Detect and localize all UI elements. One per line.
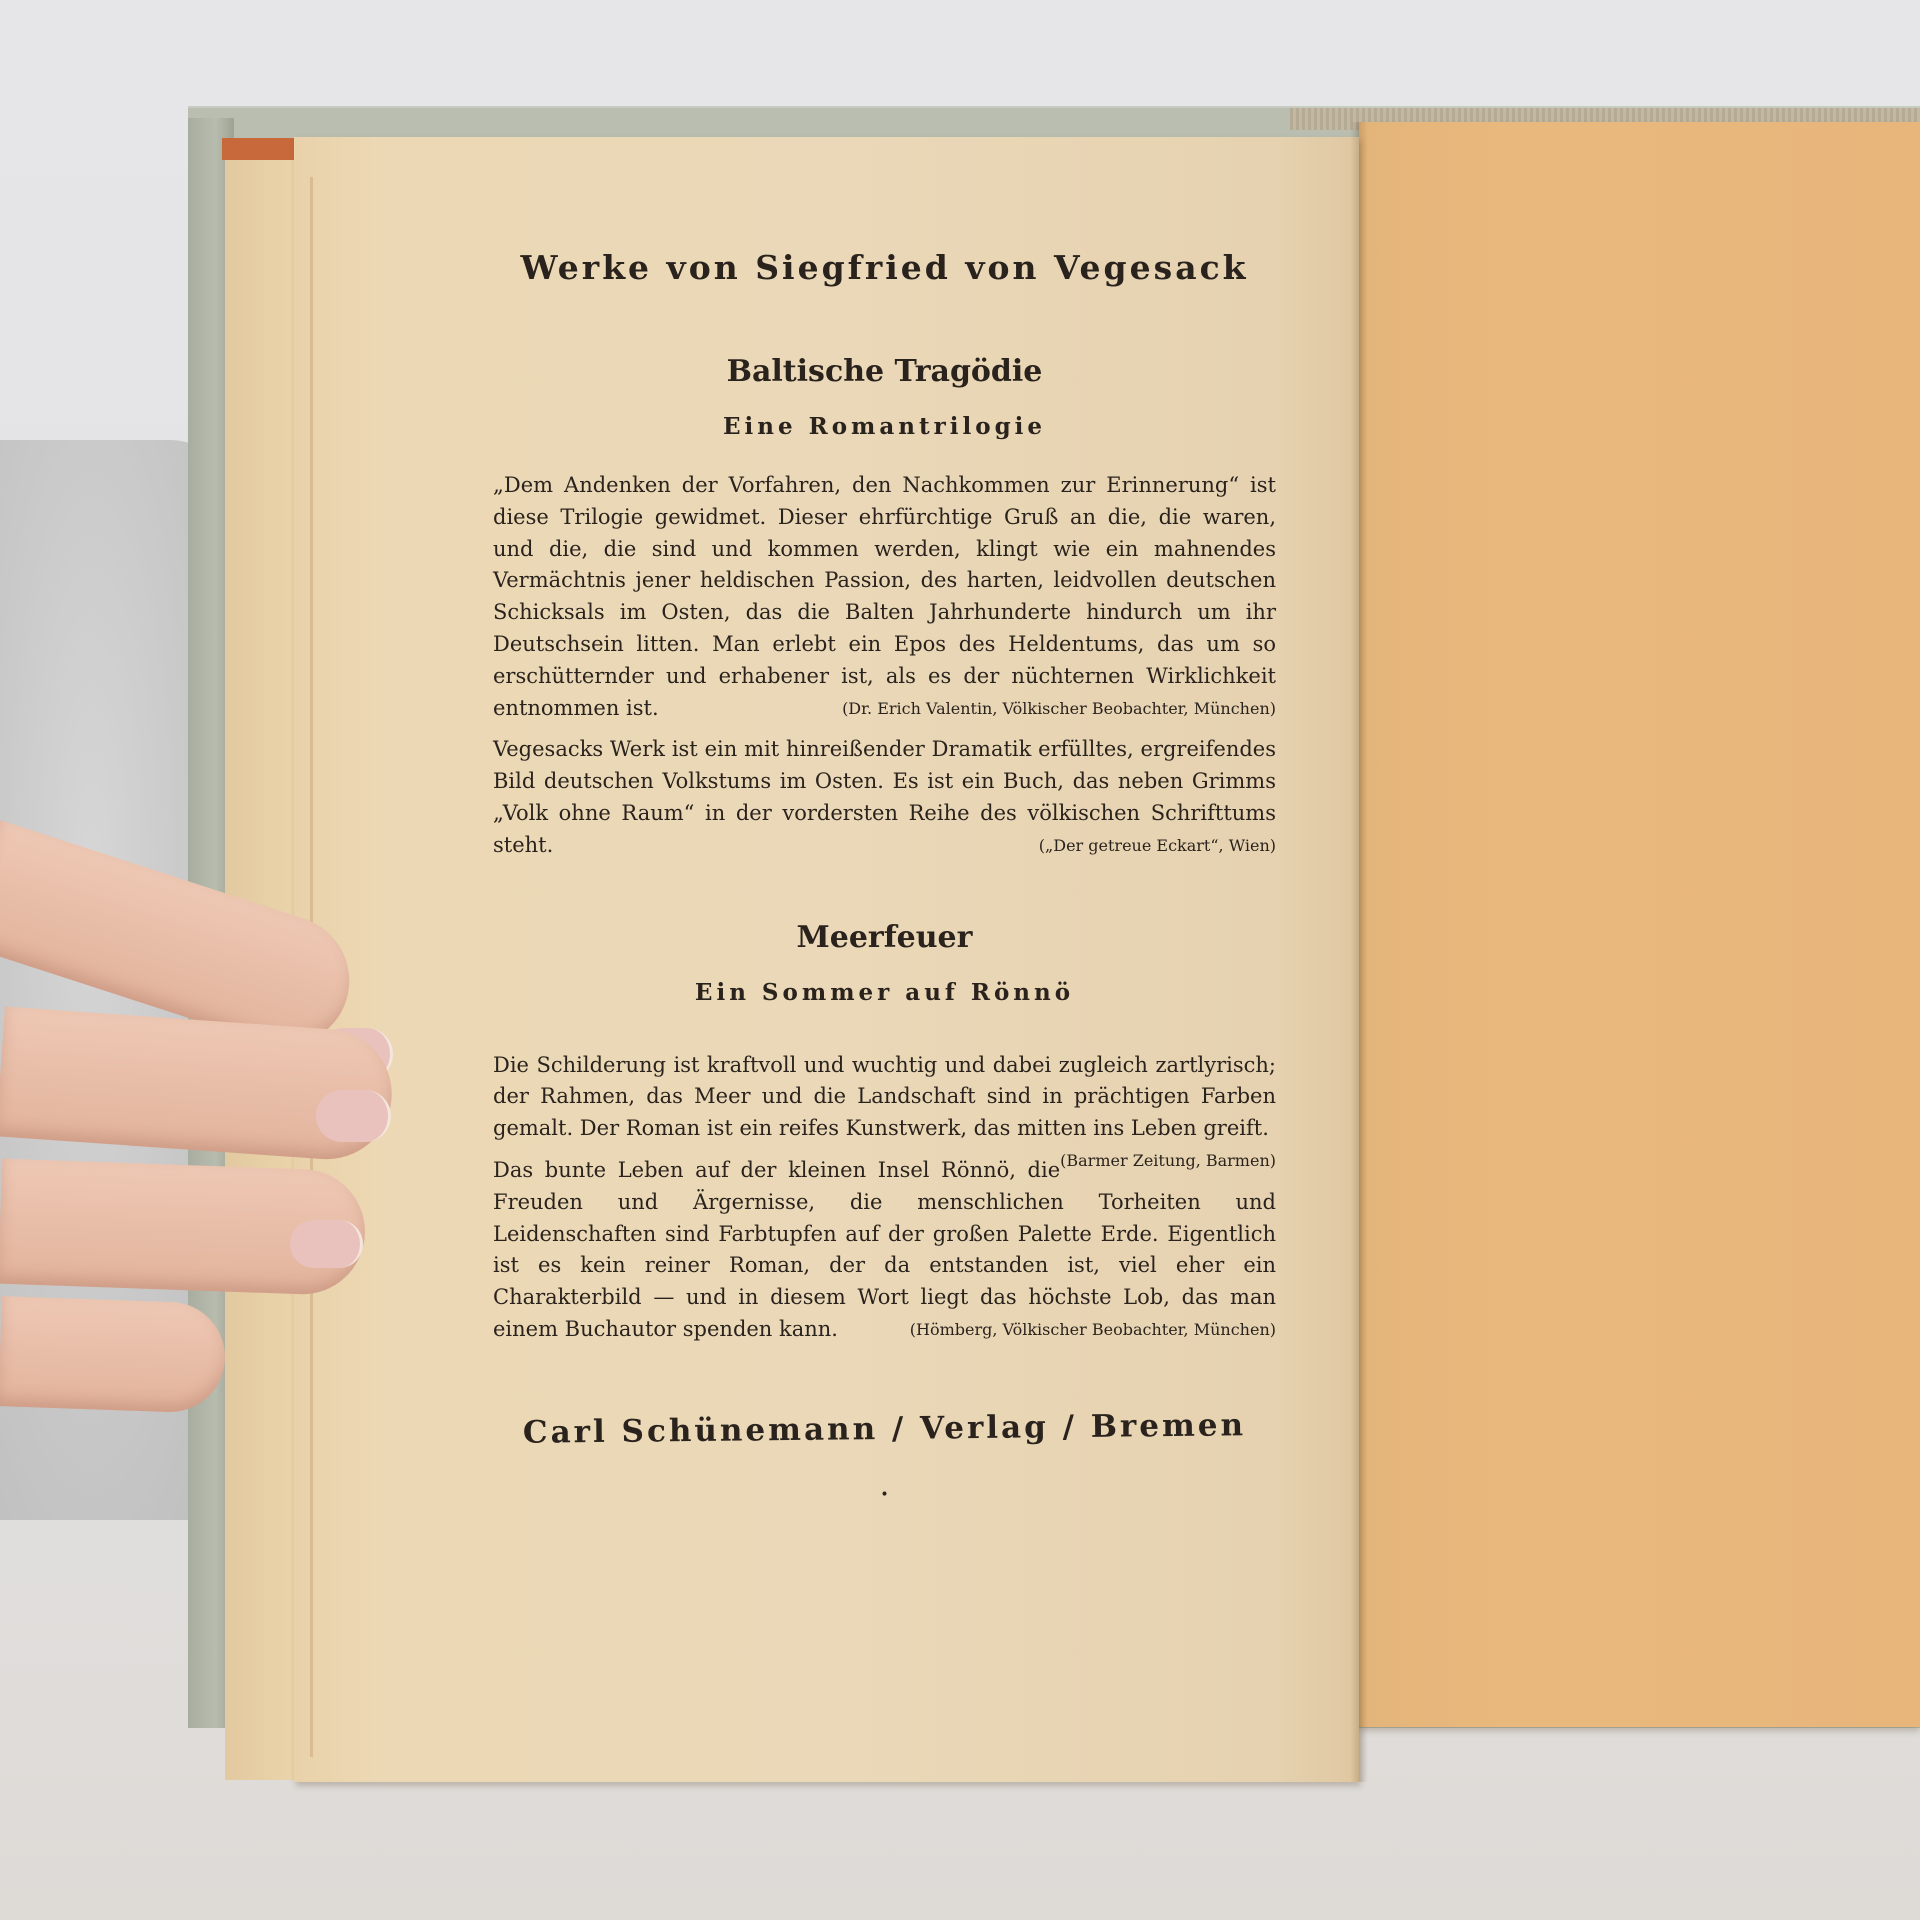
page-content: Werke von Siegfried von Vegesack Baltisc… (493, 248, 1276, 1503)
book-gutter (1350, 122, 1368, 1782)
review-text: Das bunte Leben auf der kleinen Insel Rö… (493, 1158, 1276, 1341)
book-section-baltische-tragoedie: Baltische Tragödie Eine Romantrilogie „D… (493, 354, 1276, 862)
publisher-imprint: Carl Schünemann / Verlag / Bremen (493, 1407, 1276, 1451)
review-source: („Der getreue Eckart“, Wien) (1039, 830, 1276, 862)
review-text: „Dem Andenken der Vorfahren, den Nachkom… (493, 473, 1276, 720)
review-text: Die Schilderung ist kraftvoll und wuchti… (493, 1053, 1276, 1141)
book-title: Meerfeuer (493, 920, 1276, 955)
review-quote: Die Schilderung ist kraftvoll und wuchti… (493, 1050, 1276, 1145)
fingernail (316, 1090, 391, 1142)
right-page (1359, 122, 1920, 1727)
review-quote: Vegesacks Werk ist ein mit hinreißender … (493, 734, 1276, 861)
review-source: (Barmer Zeitung, Barmen) (1060, 1145, 1276, 1177)
review-quote: Das bunte Leben auf der kleinen Insel Rö… (493, 1155, 1276, 1346)
hand-holding-page (0, 820, 400, 1460)
page-header: Werke von Siegfried von Vegesack (493, 248, 1276, 287)
review-quote: „Dem Andenken der Vorfahren, den Nachkom… (493, 470, 1276, 724)
book-subtitle: Ein Sommer auf Rönnö (493, 979, 1276, 1006)
finger-pinky (0, 1296, 227, 1414)
book-section-meerfeuer: Meerfeuer Ein Sommer auf Rönnö Die Schil… (493, 920, 1276, 1346)
red-page-edge (222, 138, 297, 160)
footer-mark: • (493, 1487, 1276, 1503)
fingernail (290, 1220, 363, 1268)
review-source: (Dr. Erich Valentin, Völkischer Beobacht… (842, 693, 1276, 725)
book-subtitle: Eine Romantrilogie (493, 413, 1276, 440)
book-title: Baltische Tragödie (493, 354, 1276, 389)
review-source: (Hömberg, Völkischer Beobachter, München… (910, 1314, 1276, 1346)
